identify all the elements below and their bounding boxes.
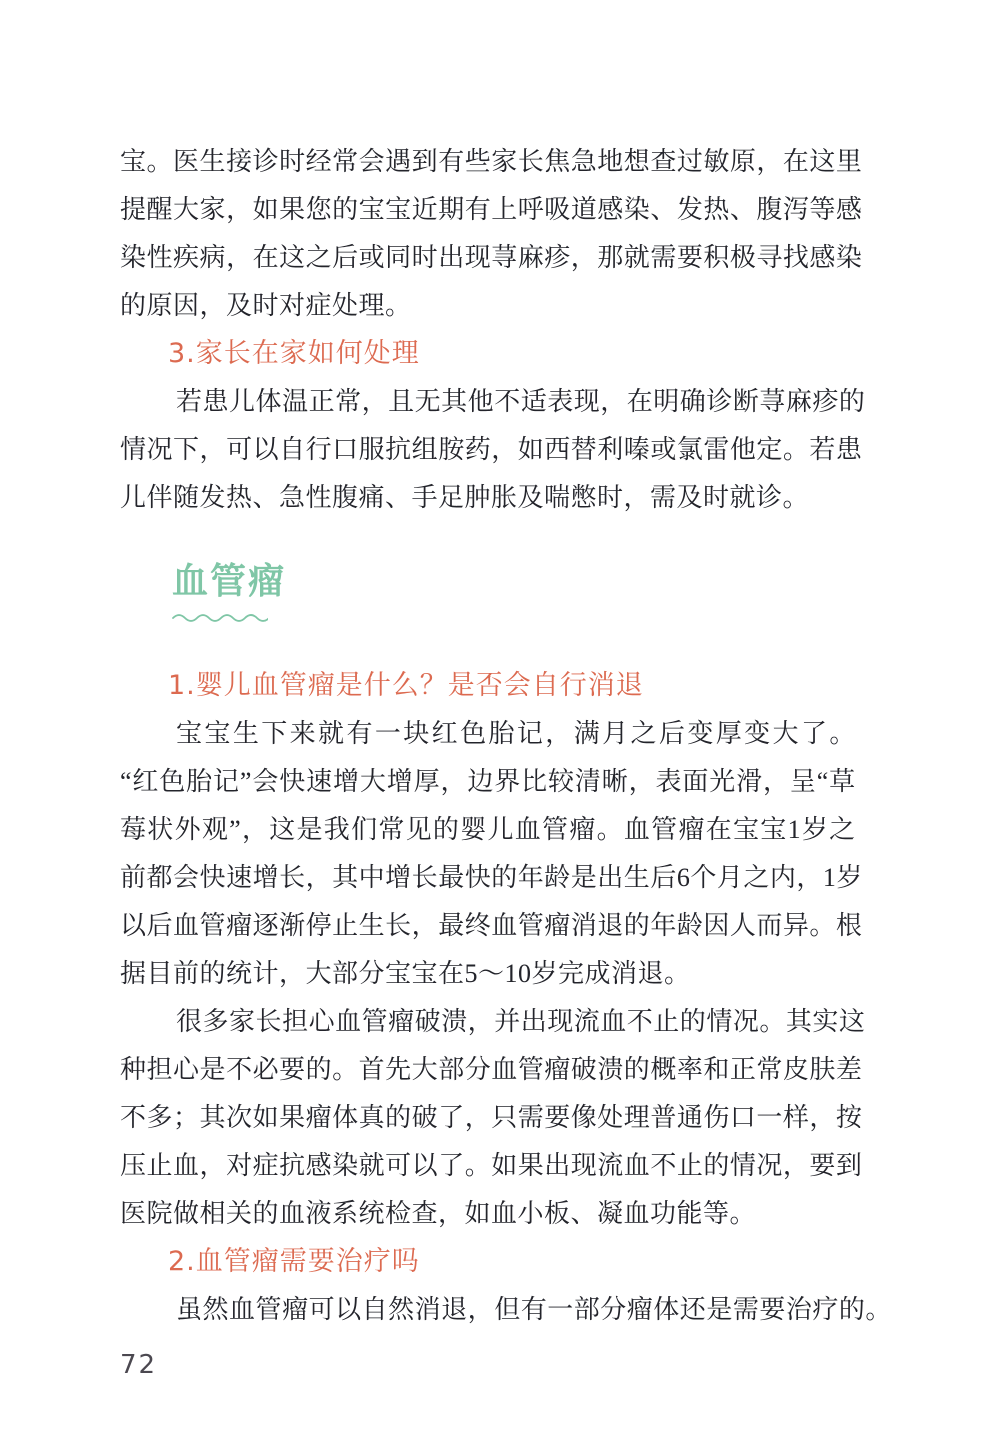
text-line: 宝宝生下来就有一块红色胎记，满月之后变厚变大了。 (120, 710, 856, 758)
hemangioma-description-paragraph: 宝宝生下来就有一块红色胎记，满月之后变厚变大了。“红色胎记”会快速增大增厚，边界… (120, 710, 856, 998)
text-line: “红色胎记”会快速增大增厚，边界比较清晰，表面光滑，呈“草 (120, 758, 856, 806)
text-line: 以后血管瘤逐渐停止生长，最终血管瘤消退的年龄因人而异。根 (120, 902, 856, 950)
hemangioma-bleeding-paragraph: 很多家长担心血管瘤破溃，并出现流血不止的情况。其实这种担心是不必要的。首先大部分… (120, 998, 856, 1238)
text-line: 提醒大家，如果您的宝宝近期有上呼吸道感染、发热、腹泻等感 (120, 186, 856, 234)
text-line: 的原因，及时对症处理。 (120, 282, 856, 330)
page-content: 宝。医生接诊时经常会遇到有些家长焦急地想查过敏原，在这里提醒大家，如果您的宝宝近… (120, 138, 856, 1334)
book-page: { "page": { "number": "72", "colors": { … (0, 0, 1000, 1450)
text-line: 医院做相关的血液系统检查，如血小板、凝血功能等。 (120, 1190, 856, 1238)
page-number: 72 (120, 1350, 157, 1380)
text-line: 据目前的统计，大部分宝宝在5～10岁完成消退。 (120, 950, 856, 998)
text-line: 宝。医生接诊时经常会遇到有些家长焦急地想查过敏原，在这里 (120, 138, 856, 186)
text-line: 莓状外观”，这是我们常见的婴儿血管瘤。血管瘤在宝宝1岁之 (120, 806, 856, 854)
text-line: 很多家长担心血管瘤破溃，并出现流血不止的情况。其实这 (120, 998, 856, 1046)
text-line: 压止血，对症抗感染就可以了。如果出现流血不止的情况，要到 (120, 1142, 856, 1190)
subheading-home-care: 3.家长在家如何处理 (120, 330, 856, 378)
section-heading-hemangioma-block: 血管瘤 (120, 560, 856, 622)
hemangioma-treatment-paragraph: 虽然血管瘤可以自然消退，但有一部分瘤体还是需要治疗的。 (120, 1286, 856, 1334)
wavy-underline-decoration (172, 610, 856, 622)
text-line: 不多；其次如果瘤体真的破了，只需要像处理普通伤口一样，按 (120, 1094, 856, 1142)
text-line: 种担心是不必要的。首先大部分血管瘤破溃的概率和正常皮肤差 (120, 1046, 856, 1094)
text-line: 情况下，可以自行口服抗组胺药，如西替利嗪或氯雷他定。若患 (120, 426, 856, 474)
subheading-treatment-needed: 2.血管瘤需要治疗吗 (120, 1238, 856, 1286)
text-line: 前都会快速增长，其中增长最快的年龄是出生后6个月之内，1岁 (120, 854, 856, 902)
text-line: 染性疾病，在这之后或同时出现荨麻疹，那就需要积极寻找感染 (120, 234, 856, 282)
text-line: 虽然血管瘤可以自然消退，但有一部分瘤体还是需要治疗的。 (120, 1286, 856, 1334)
section-heading-hemangioma: 血管瘤 (172, 560, 856, 604)
home-care-paragraph: 若患儿体温正常，且无其他不适表现，在明确诊断荨麻疹的情况下，可以自行口服抗组胺药… (120, 378, 856, 522)
text-line: 若患儿体温正常，且无其他不适表现，在明确诊断荨麻疹的 (120, 378, 856, 426)
subheading-what-is-hemangioma: 1.婴儿血管瘤是什么？是否会自行消退 (120, 662, 856, 710)
urticaria-closing-paragraph: 宝。医生接诊时经常会遇到有些家长焦急地想查过敏原，在这里提醒大家，如果您的宝宝近… (120, 138, 856, 330)
text-line: 儿伴随发热、急性腹痛、手足肿胀及喘憋时，需及时就诊。 (120, 474, 856, 522)
